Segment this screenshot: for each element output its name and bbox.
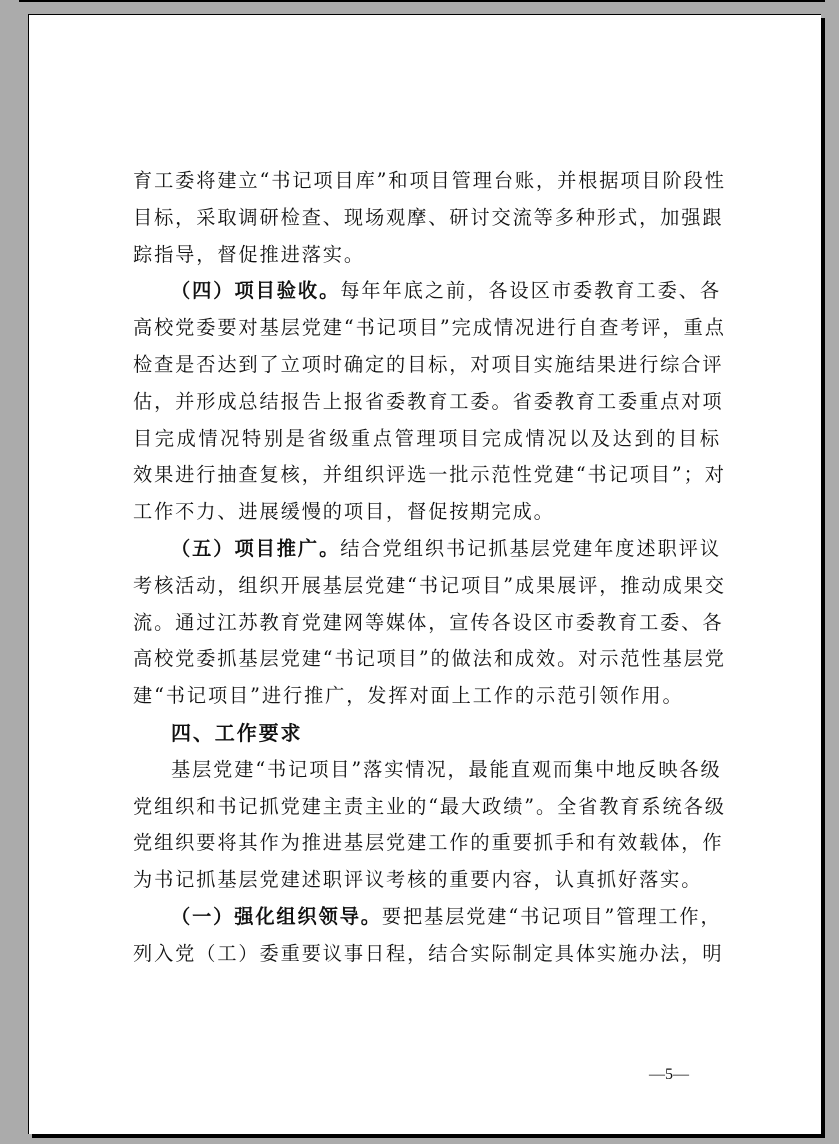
text-line: 育工委将建立“书记项目库”和项目管理台账，并根据项目阶段性 xyxy=(133,163,721,200)
previous-page-edge xyxy=(19,0,825,2)
text-line: 目标，采取调研检查、现场观摩、研讨交流等多种形式，加强跟 xyxy=(133,200,721,237)
text-line: 为书记抓基层党建述职评议考核的重要内容，认真抓好落实。 xyxy=(133,862,721,899)
req-1-lead: （一）强化组织领导。 xyxy=(171,905,382,928)
section-4-first-line: （四）项目验收。每年年底之前，各设区市委教育工委、各 xyxy=(133,273,721,310)
body-text: 育工委将建立“书记项目库”和项目管理台账，并根据项目阶段性 目标，采取调研检查、… xyxy=(133,163,721,973)
text-line: 基层党建“书记项目”落实情况，最能直观而集中地反映各级 xyxy=(133,752,721,789)
text-line: 检查是否达到了立项时确定的目标，对项目实施结果进行综合评 xyxy=(133,347,721,384)
section-5-lead: （五）项目推广。 xyxy=(171,537,340,560)
text-line: 目完成情况特别是省级重点管理项目完成情况以及达到的目标 xyxy=(133,421,721,458)
text-line: 列入党（工）委重要议事日程，结合实际制定具体实施办法，明 xyxy=(133,936,721,973)
section-4-lead: （四）项目验收。 xyxy=(171,279,340,302)
text-line: 踪指导，督促推进落实。 xyxy=(133,237,721,274)
text-line: 高校党委抓基层党建“书记项目”的做法和成效。对示范性基层党 xyxy=(133,641,721,678)
text-line: 高校党委要对基层党建“书记项目”完成情况进行自查考评，重点 xyxy=(133,310,721,347)
text-line: 估，并形成总结报告上报省委教育工委。省委教育工委重点对项 xyxy=(133,384,721,421)
text-line: 效果进行抽查复核，并组织评选一批示范性党建“书记项目”；对 xyxy=(133,457,721,494)
document-page: 育工委将建立“书记项目库”和项目管理台账，并根据项目阶段性 目标，采取调研检查、… xyxy=(28,14,821,1134)
section-heading: 四、工作要求 xyxy=(133,715,721,752)
text-line: 党组织要将其作为推进基层党建工作的重要抓手和有效载体，作 xyxy=(133,825,721,862)
page-number: —5— xyxy=(649,1066,689,1084)
text-line: 考核活动，组织开展基层党建“书记项目”成果展评，推动成果交 xyxy=(133,568,721,605)
text-line: 流。通过江苏教育党建网等媒体，宣传各设区市委教育工委、各 xyxy=(133,605,721,642)
req-1-first-line: （一）强化组织领导。要把基层党建“书记项目”管理工作， xyxy=(133,899,721,936)
text-line: 党组织和书记抓党建主责主业的“最大政绩”。全省教育系统各级 xyxy=(133,789,721,826)
section-5-first-line: （五）项目推广。结合党组织书记抓基层党建年度述职评议 xyxy=(133,531,721,568)
text-line: 建“书记项目”进行推广，发挥对面上工作的示范引领作用。 xyxy=(133,678,721,715)
text-line: 工作不力、进展缓慢的项目，督促按期完成。 xyxy=(133,494,721,531)
